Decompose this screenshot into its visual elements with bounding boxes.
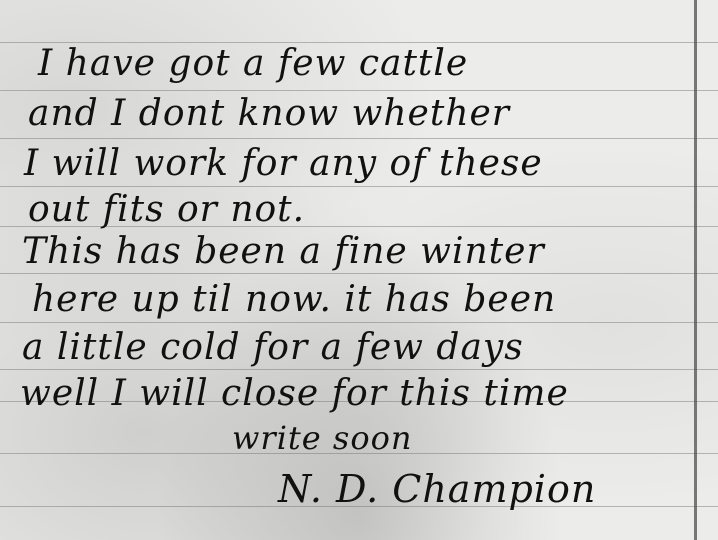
letter-closing: write soon <box>232 422 412 454</box>
letter-line-1: I have got a few cattle <box>38 46 468 82</box>
ruled-line <box>0 369 718 370</box>
letter-line-2: and I dont know whether <box>28 96 510 132</box>
letter-page: I have got a few cattle and I dont know … <box>0 0 718 540</box>
signature: N. D. Champion <box>278 470 596 508</box>
ruled-line <box>0 138 718 139</box>
letter-line-6: here up til now. it has been <box>32 282 556 318</box>
letter-line-5: This has been a fine winter <box>22 234 545 270</box>
letter-line-3: I will work for any of these <box>24 146 543 182</box>
margin-line <box>694 0 697 540</box>
letter-line-8: well I will close for this time <box>20 376 569 412</box>
ruled-line <box>0 186 718 187</box>
letter-line-4: out fits or not. <box>28 192 305 228</box>
ruled-line <box>0 322 718 323</box>
ruled-line <box>0 90 718 91</box>
ruled-line <box>0 273 718 274</box>
letter-line-7: a little cold for a few days <box>22 330 524 366</box>
